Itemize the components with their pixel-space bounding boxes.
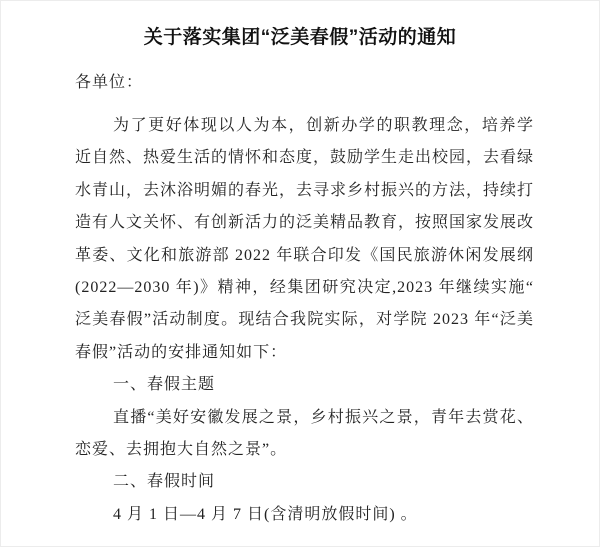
body-line: 4 月 1 日—4 月 7 日(含清明放假时间) 。 [75, 499, 534, 531]
salutation: 各单位： [75, 70, 600, 96]
body-line: 春假”活动的安排通知如下： [75, 337, 534, 369]
body-line: 泛美春假”活动制度。现结合我院实际，对学院 2023 年“泛美 [75, 304, 534, 336]
notice-document: 关于落实集团“泛美春假”活动的通知 各单位： 为了更好体现以人为本，创新办学的职… [0, 0, 600, 547]
body-line: 近自然、热爱生活的情怀和态度，鼓励学生走出校园，去看绿 [75, 142, 534, 174]
section-heading: 一、春假主题 [75, 369, 534, 401]
body-line: 革委、文化和旅游部 2022 年联合印发《国民旅游休闲发展纲要 [75, 240, 534, 272]
body-line: 水青山，去沐浴明媚的春光，去寻求乡村振兴的方法，持续打 [75, 175, 534, 207]
body-line: (2022—2030 年)》精神，经集团研究决定,2023 年继续实施“ [75, 272, 534, 304]
body-line: 恋爱、去拥抱大自然之景”。 [75, 434, 534, 466]
document-title: 关于落实集团“泛美春假”活动的通知 [0, 0, 600, 52]
document-body: 为了更好体现以人为本，创新办学的职教理念，培养学生亲近自然、热爱生活的情怀和态度… [75, 110, 534, 531]
body-line: 为了更好体现以人为本，创新办学的职教理念，培养学生亲 [75, 110, 534, 142]
body-line: 直播“美好安徽发展之景，乡村振兴之景，青年去赏花、去 [75, 402, 534, 434]
body-line: 造有人文关怀、有创新活力的泛美精品教育，按照国家发展改 [75, 207, 534, 239]
section-heading: 二、春假时间 [75, 466, 534, 498]
